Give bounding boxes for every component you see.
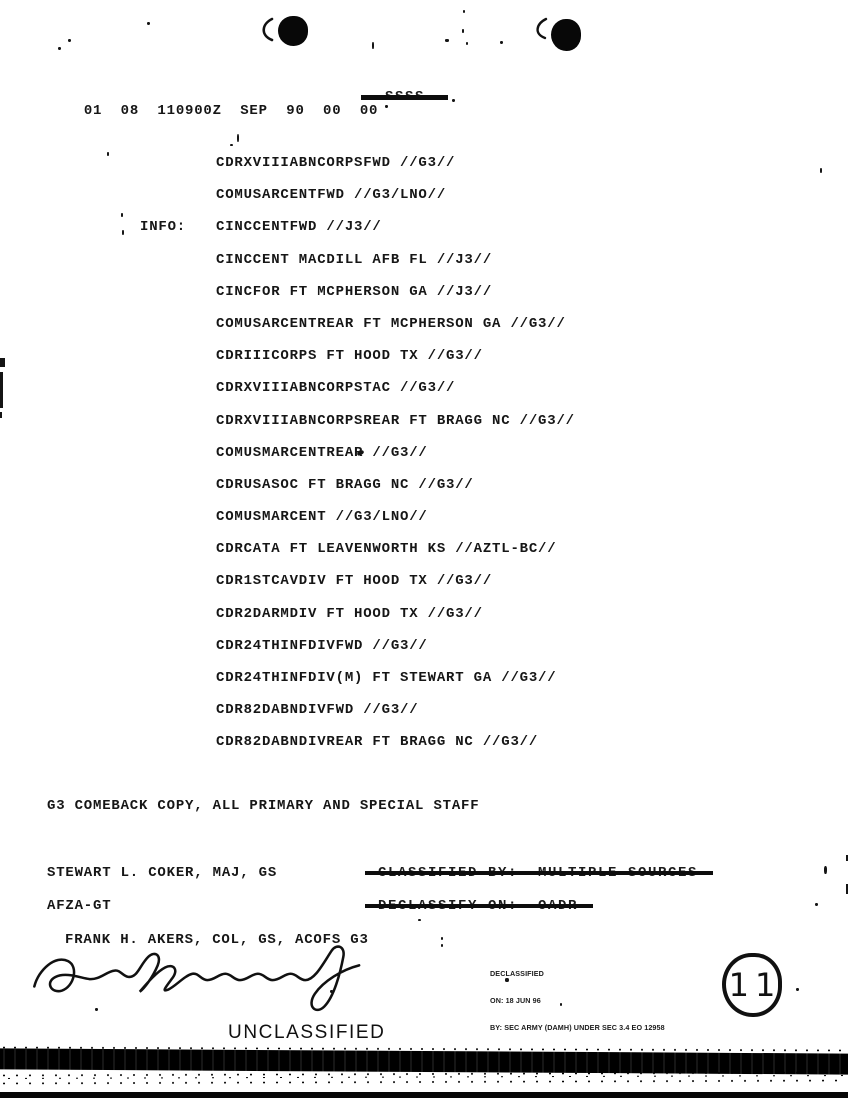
address-line: CDRXVIIIABNCORPSREAR FT BRAGG NC //G3// xyxy=(216,414,575,446)
hole-punch-mark-left xyxy=(278,16,308,46)
noise-speck xyxy=(445,39,449,42)
noise-speck xyxy=(462,29,464,33)
noise-speck xyxy=(463,10,465,13)
address-line: COMUSARCENTREAR FT MCPHERSON GA //G3// xyxy=(216,317,575,349)
noise-speck xyxy=(796,988,799,991)
address-line: CDR82DABNDIVREAR FT BRAGG NC //G3// xyxy=(216,735,575,767)
header-dtg-text: 01 08 110900Z SEP 90 00 00 xyxy=(84,103,378,119)
address-line: COMUSMARCENTREAR //G3// xyxy=(216,446,575,478)
noise-speck xyxy=(500,41,503,44)
address-line: COMUSMARCENT //G3/LNO// xyxy=(216,510,575,542)
address-line: CDRCATA FT LEAVENWORTH KS //AZTL-BC// xyxy=(216,542,575,574)
stamp-line-2: ON: 18 JUN 96 xyxy=(490,996,665,1005)
noise-speck xyxy=(95,1008,98,1011)
address-line: CINCCENT MACDILL AFB FL //J3// xyxy=(216,253,575,285)
noise-speck xyxy=(230,144,233,146)
page-edge-mark xyxy=(0,358,5,367)
address-line: CDRXVIIIABNCORPSFWD //G3// xyxy=(216,156,575,188)
address-line: CDRXVIIIABNCORPSTAC //G3// xyxy=(216,381,575,413)
declassified-stamp: DECLASSIFIED ON: 18 JUN 96 BY: SEC ARMY … xyxy=(490,951,665,1050)
address-line: CDRUSASOC FT BRAGG NC //G3// xyxy=(216,478,575,510)
info-address-list: CINCCENTFWD //J3//CINCCENT MACDILL AFB F… xyxy=(216,220,575,767)
pen-hook-mark-right xyxy=(533,18,555,44)
noise-speck xyxy=(372,42,374,49)
address-line: CDR24THINFDIV(M) FT STEWART GA //G3// xyxy=(216,671,575,703)
address-line: CDR82DABNDIVFWD //G3// xyxy=(216,703,575,735)
noise-speck xyxy=(237,134,239,142)
scanned-document-page: 01 08 110900Z SEP 90 00 00 SSSS INFO: CD… xyxy=(0,0,848,1104)
info-label: INFO: xyxy=(140,220,186,234)
releaser-name: STEWART L. COKER, MAJ, GS xyxy=(47,866,277,880)
classification-marking: UNCLASSIFIED xyxy=(228,1022,386,1044)
struck-classified-by-line: CLASSIFIED BY: MULTIPLE SOURCES xyxy=(378,866,698,880)
noise-speck xyxy=(107,152,109,156)
page-edge-mark xyxy=(0,372,3,408)
noise-speck xyxy=(58,47,61,50)
noise-speck xyxy=(68,39,71,42)
to-address-list: CDRXVIIIABNCORPSFWD //G3//COMUSARCENTFWD… xyxy=(216,156,575,220)
noise-speck xyxy=(121,213,123,217)
address-line: CINCCENTFWD //J3// xyxy=(216,220,575,252)
address-line: COMUSARCENTFWD //G3/LNO// xyxy=(216,188,575,220)
noise-speck xyxy=(441,944,443,947)
noise-speck xyxy=(560,1003,562,1006)
address-line: CDRIIICORPS FT HOOD TX //G3// xyxy=(216,349,575,381)
address-line: CDR2DARMDIV FT HOOD TX //G3// xyxy=(216,607,575,639)
noise-speck xyxy=(824,866,827,874)
stamp-line-1: DECLASSIFIED xyxy=(490,969,665,978)
noise-speck xyxy=(441,937,443,940)
scan-artifact-fuzz xyxy=(0,1070,848,1087)
address-line: CINCFOR FT MCPHERSON GA //J3// xyxy=(216,285,575,317)
handwritten-signature xyxy=(28,944,376,1012)
office-symbol: AFZA-GT xyxy=(47,899,111,913)
message-header-line: 01 08 110900Z SEP 90 00 00 xyxy=(47,90,378,132)
page-number-text: 11 xyxy=(723,966,782,1004)
hole-punch-mark-right xyxy=(551,19,581,51)
address-line: CDR24THINFDIVFWD //G3// xyxy=(216,639,575,671)
stamp-line-3: BY: SEC ARMY (DAMH) UNDER SEC 3.4 EO 129… xyxy=(490,1023,665,1032)
addressee-column: CDRXVIIIABNCORPSFWD //G3//COMUSARCENTFWD… xyxy=(216,156,575,768)
address-line: CDR1STCAVDIV FT HOOD TX //G3// xyxy=(216,574,575,606)
noise-speck xyxy=(815,903,818,906)
pen-hook-mark-left xyxy=(259,18,281,44)
noise-speck xyxy=(122,230,124,235)
noise-speck xyxy=(330,990,333,993)
noise-speck xyxy=(820,168,822,173)
noise-speck xyxy=(505,978,509,982)
noise-speck xyxy=(466,42,468,45)
struck-declassify-on-line: DECLASSIFY ON: OADR xyxy=(378,899,578,913)
noise-speck xyxy=(452,99,455,102)
circled-page-number: 11 xyxy=(722,953,782,1017)
scan-artifact-bottom-bar xyxy=(0,1092,848,1098)
noise-speck xyxy=(147,22,150,25)
noise-speck xyxy=(385,105,388,108)
struck-classification-code: SSSS xyxy=(385,90,425,104)
noise-speck xyxy=(418,919,421,921)
page-edge-mark xyxy=(0,412,2,418)
distribution-note: G3 COMEBACK COPY, ALL PRIMARY AND SPECIA… xyxy=(47,799,479,813)
